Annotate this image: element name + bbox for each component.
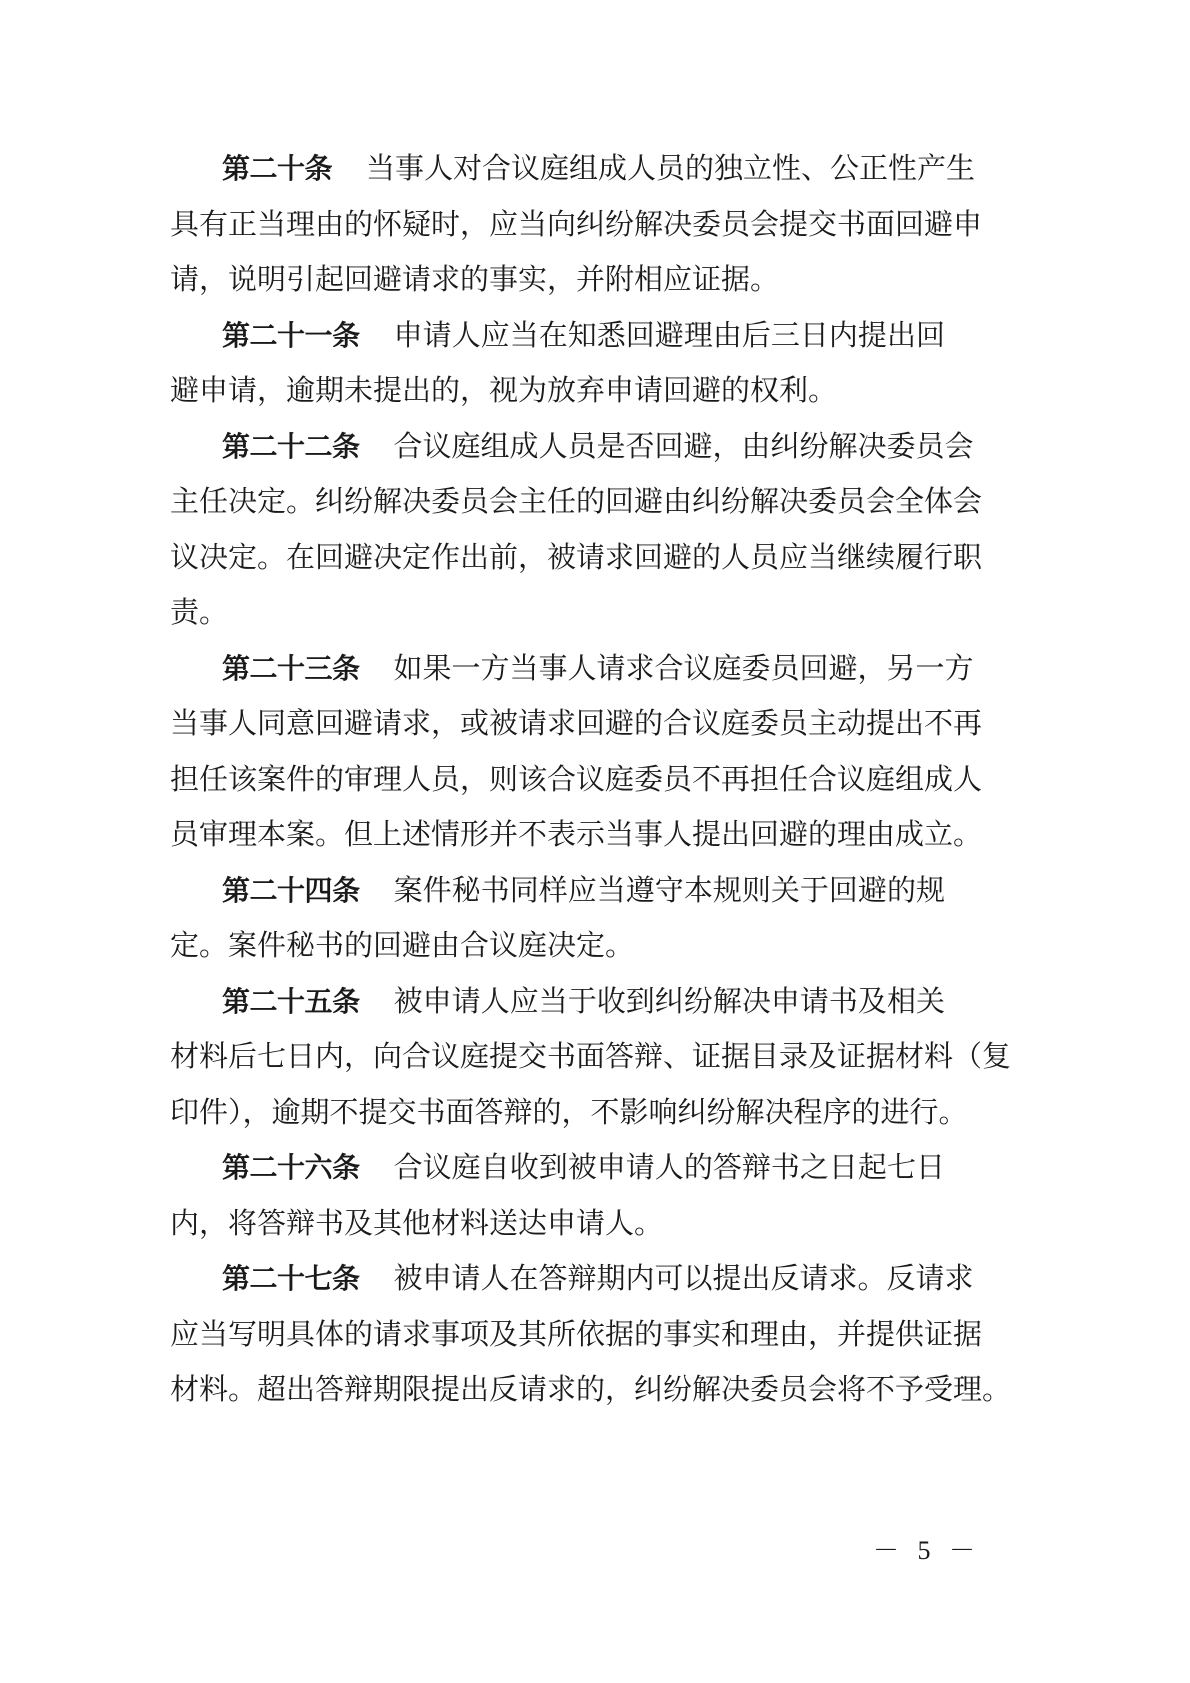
document-body: 第二十条当事人对合议庭组成人员的独立性、公正性产生 具有正当理由的怀疑时，应当向… bbox=[170, 146, 945, 1423]
article-number: 第二十一条 bbox=[222, 319, 360, 352]
paragraph-line: 第二十条当事人对合议庭组成人员的独立性、公正性产生 bbox=[170, 146, 945, 202]
paragraph-line: 责。 bbox=[170, 590, 945, 646]
paragraph-line: 第二十六条合议庭自收到被申请人的答辩书之日起七日 bbox=[170, 1145, 945, 1201]
paragraph-line: 第二十五条被申请人应当于收到纠纷解决申请书及相关 bbox=[170, 979, 945, 1035]
paragraph-line: 第二十一条申请人应当在知悉回避理由后三日内提出回 bbox=[170, 313, 945, 369]
article-text: 申请人应当在知悉回避理由后三日内提出回 bbox=[394, 318, 945, 352]
paragraph-line: 担任该案件的审理人员，则该合议庭委员不再担任合议庭组成人 bbox=[170, 757, 945, 813]
article-number: 第二十四条 bbox=[222, 874, 360, 907]
paragraph-line: 当事人同意回避请求，或被请求回避的合议庭委员主动提出不再 bbox=[170, 701, 945, 757]
paragraph-line: 具有正当理由的怀疑时，应当向纠纷解决委员会提交书面回避申 bbox=[170, 202, 945, 258]
page-number: － 5 － bbox=[873, 1530, 981, 1567]
article-text: 被申请人应当于收到纠纷解决申请书及相关 bbox=[394, 984, 945, 1018]
article-number: 第二十二条 bbox=[222, 430, 360, 463]
article-20: 第二十条当事人对合议庭组成人员的独立性、公正性产生 具有正当理由的怀疑时，应当向… bbox=[170, 146, 945, 313]
paragraph-line: 印件），逾期不提交书面答辩的，不影响纠纷解决程序的进行。 bbox=[170, 1090, 945, 1146]
article-21: 第二十一条申请人应当在知悉回避理由后三日内提出回 避申请，逾期未提出的，视为放弃… bbox=[170, 313, 945, 424]
paragraph-line: 第二十四条案件秘书同样应当遵守本规则关于回避的规 bbox=[170, 868, 945, 924]
article-25: 第二十五条被申请人应当于收到纠纷解决申请书及相关 材料后七日内，向合议庭提交书面… bbox=[170, 979, 945, 1146]
article-27: 第二十七条被申请人在答辩期内可以提出反请求。反请求 应当写明具体的请求事项及其所… bbox=[170, 1256, 945, 1423]
article-24: 第二十四条案件秘书同样应当遵守本规则关于回避的规 定。案件秘书的回避由合议庭决定… bbox=[170, 868, 945, 979]
article-23: 第二十三条如果一方当事人请求合议庭委员回避，另一方 当事人同意回避请求，或被请求… bbox=[170, 646, 945, 868]
paragraph-line: 材料后七日内，向合议庭提交书面答辩、证据目录及证据材料（复 bbox=[170, 1034, 945, 1090]
paragraph-line: 议决定。在回避决定作出前，被请求回避的人员应当继续履行职 bbox=[170, 535, 945, 591]
paragraph-line: 第二十二条合议庭组成人员是否回避，由纠纷解决委员会 bbox=[170, 424, 945, 480]
article-number: 第二十六条 bbox=[222, 1151, 360, 1184]
paragraph-line: 员审理本案。但上述情形并不表示当事人提出回避的理由成立。 bbox=[170, 812, 945, 868]
article-text: 案件秘书同样应当遵守本规则关于回避的规 bbox=[394, 873, 945, 907]
paragraph-line: 主任决定。纠纷解决委员会主任的回避由纠纷解决委员会全体会 bbox=[170, 479, 945, 535]
article-number: 第二十五条 bbox=[222, 985, 360, 1018]
article-text: 被申请人在答辩期内可以提出反请求。反请求 bbox=[394, 1261, 974, 1295]
paragraph-line: 第二十七条被申请人在答辩期内可以提出反请求。反请求 bbox=[170, 1256, 945, 1312]
paragraph-line: 第二十三条如果一方当事人请求合议庭委员回避，另一方 bbox=[170, 646, 945, 702]
paragraph-line: 材料。超出答辩期限提出反请求的，纠纷解决委员会将不予受理。 bbox=[170, 1367, 945, 1423]
article-number: 第二十条 bbox=[222, 152, 332, 185]
article-number: 第二十三条 bbox=[222, 652, 360, 685]
document-page: 第二十条当事人对合议庭组成人员的独立性、公正性产生 具有正当理由的怀疑时，应当向… bbox=[0, 0, 1190, 1683]
paragraph-line: 请，说明引起回避请求的事实，并附相应证据。 bbox=[170, 257, 945, 313]
article-text: 合议庭自收到被申请人的答辩书之日起七日 bbox=[394, 1150, 945, 1184]
article-text: 当事人对合议庭组成人员的独立性、公正性产生 bbox=[366, 151, 975, 185]
paragraph-line: 内，将答辩书及其他材料送达申请人。 bbox=[170, 1201, 945, 1257]
article-text: 合议庭组成人员是否回避，由纠纷解决委员会 bbox=[394, 429, 974, 463]
paragraph-line: 定。案件秘书的回避由合议庭决定。 bbox=[170, 923, 945, 979]
article-22: 第二十二条合议庭组成人员是否回避，由纠纷解决委员会 主任决定。纠纷解决委员会主任… bbox=[170, 424, 945, 646]
paragraph-line: 应当写明具体的请求事项及其所依据的事实和理由，并提供证据 bbox=[170, 1312, 945, 1368]
article-text: 如果一方当事人请求合议庭委员回避，另一方 bbox=[394, 651, 974, 685]
article-number: 第二十七条 bbox=[222, 1262, 360, 1295]
article-26: 第二十六条合议庭自收到被申请人的答辩书之日起七日 内，将答辩书及其他材料送达申请… bbox=[170, 1145, 945, 1256]
paragraph-line: 避申请，逾期未提出的，视为放弃申请回避的权利。 bbox=[170, 368, 945, 424]
